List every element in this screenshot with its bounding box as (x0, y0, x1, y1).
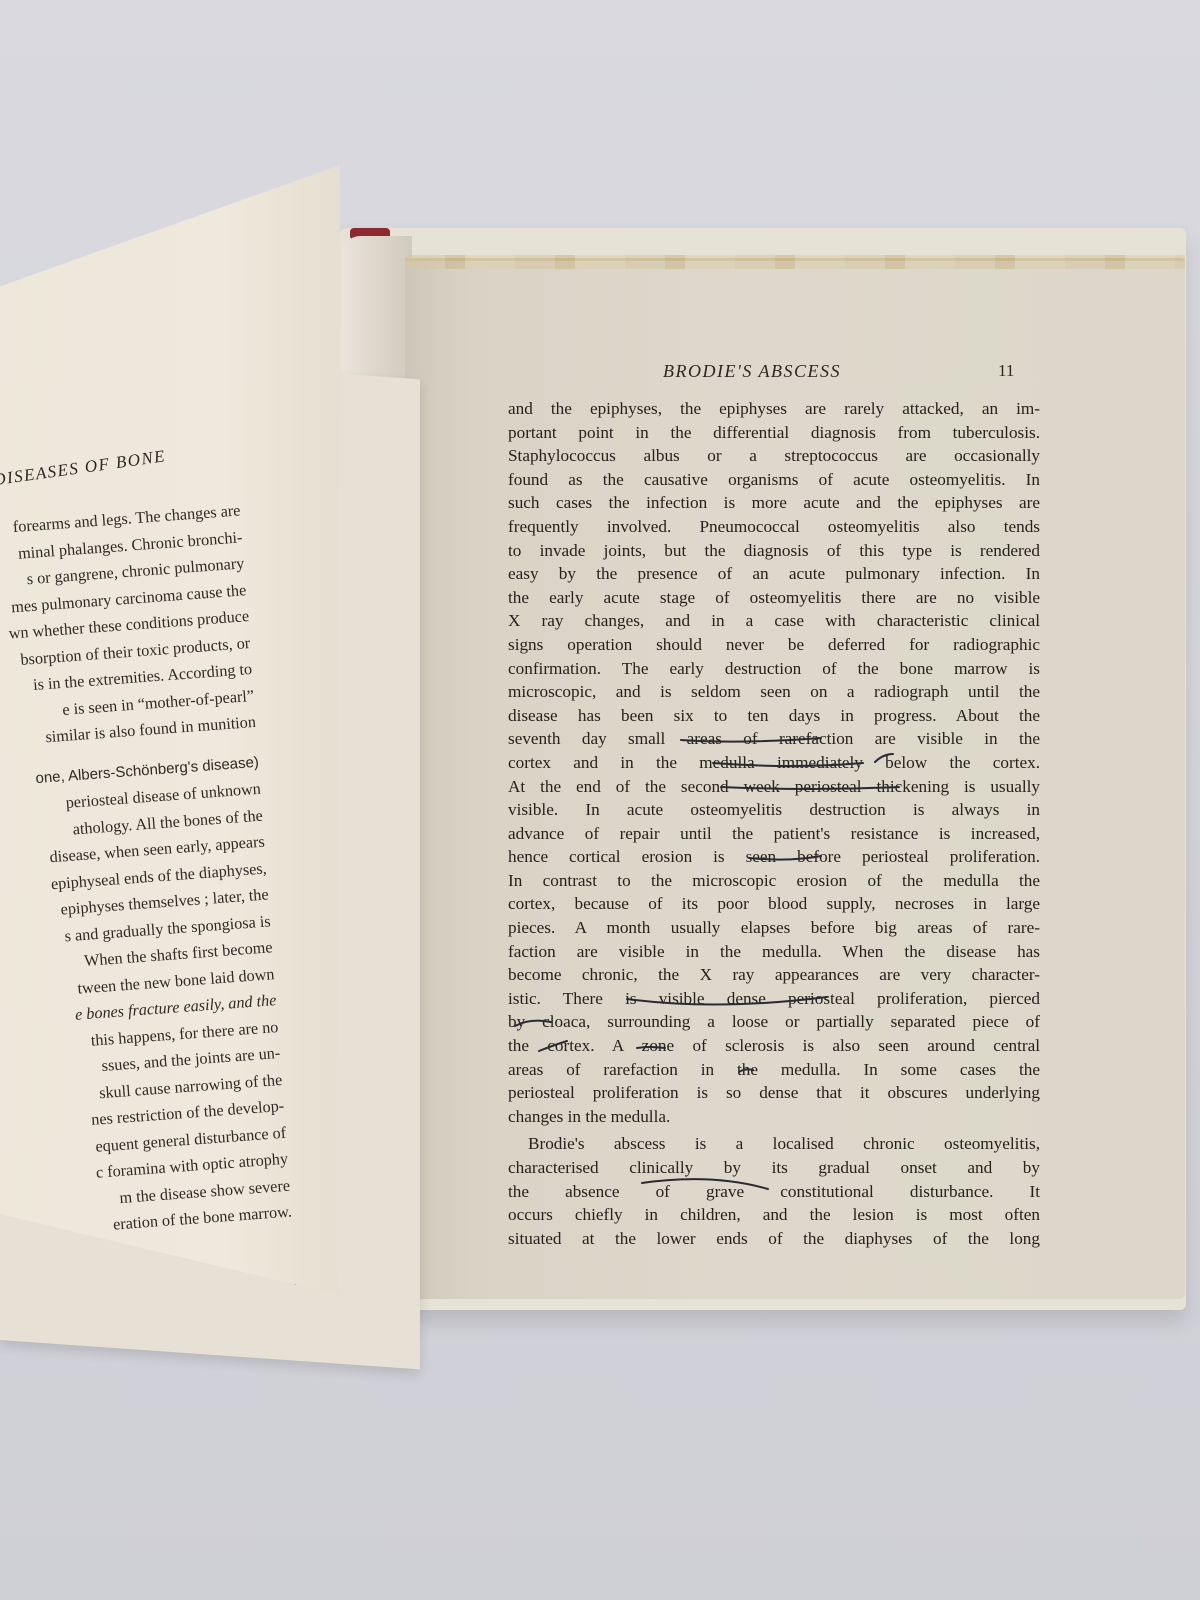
text-line: advance of repair until the patient's re… (508, 822, 1040, 846)
text-line: to invade joints, but the diagnosis of t… (508, 539, 1040, 563)
text-line: portant point in the differential diagno… (508, 421, 1040, 445)
text-line: microscopic, and is seldom seen on a rad… (508, 680, 1040, 704)
text-line: signs operation should never be deferred… (508, 633, 1040, 657)
text-line-underlined: At the end of the second week periosteal… (508, 775, 1040, 799)
text-line: periosteal proliferation is so dense tha… (508, 1081, 1040, 1105)
paragraph-2: Brodie's abscess is a localised chronic … (508, 1132, 1040, 1250)
text-line: visible. In acute osteomyelitis destruct… (508, 798, 1040, 822)
text-line: found as the causative organisms of acut… (508, 468, 1040, 492)
text-line-underlined: situated at the lower ends of the diaphy… (508, 1227, 1040, 1251)
text-line-underlined: occurs chiefly in children, and the lesi… (508, 1203, 1040, 1227)
text-line: characterised clinically by its gradual … (508, 1156, 1040, 1180)
text-line: the absence of grave constitutional dist… (508, 1180, 1040, 1204)
text-line: such cases the infection is more acute a… (508, 491, 1040, 515)
text-line-underlined: hence cortical erosion is seen before pe… (508, 845, 1040, 869)
text-line: frequently involved. Pneumococcal osteom… (508, 515, 1040, 539)
running-head: BRODIE'S ABSCESS 11 (405, 361, 1185, 391)
text-line: easy by the presence of an acute pulmona… (508, 562, 1040, 586)
text-line: become chronic, the X ray appearances ar… (508, 963, 1040, 987)
right-page: BRODIE'S ABSCESS 11 and the epiphyses, t… (405, 258, 1185, 1299)
text-line-underlined: istic. There is visible dense periosteal… (508, 987, 1040, 1011)
text-line: X ray changes, and in a case with charac… (508, 609, 1040, 633)
text-line-underlined: changes in the medulla. (508, 1105, 1040, 1129)
text-line: Staphylococcus albus or a streptococcus … (508, 444, 1040, 468)
text-line-underlined: the cortex. A zone of sclerosis is also … (508, 1034, 1040, 1058)
text-line: In contrast to the microscopic erosion o… (508, 869, 1040, 893)
text-line: confirmation. The early destruction of t… (508, 657, 1040, 681)
text-line-underlined: by cloaca, surrounding a loose or partia… (508, 1010, 1040, 1034)
text-line-underlined: faction are visible in the medulla. When… (508, 940, 1040, 964)
text-line-underlined: areas of rarefaction in the medulla. In … (508, 1058, 1040, 1082)
body-text: and the epiphyses, the epiphyses are rar… (508, 397, 1040, 1250)
paragraph-1: and the epiphyses, the epiphyses are rar… (508, 397, 1040, 1128)
text-line: the early acute stage of osteomyelitis t… (508, 586, 1040, 610)
text-line: cortex, because of its poor blood supply… (508, 892, 1040, 916)
text-line: pieces. A month usually elapses before b… (508, 916, 1040, 940)
text-line: Brodie's abscess is a localised chronic … (508, 1132, 1040, 1156)
text-line: and the epiphyses, the epiphyses are rar… (508, 397, 1040, 421)
text-line: disease has been six to ten days in prog… (508, 704, 1040, 728)
left-running-title: ND DISEASES OF BONE (0, 446, 167, 495)
page-number: 11 (998, 361, 1014, 381)
text-line-underlined: cortex and in the medulla immediately be… (508, 751, 1040, 775)
left-page: ND DISEASES OF BONE forearms and legs. T… (0, 165, 340, 1295)
running-title: BRODIE'S ABSCESS (663, 361, 841, 382)
text-line-underlined: seventh day small areas of rarefaction a… (508, 727, 1040, 751)
